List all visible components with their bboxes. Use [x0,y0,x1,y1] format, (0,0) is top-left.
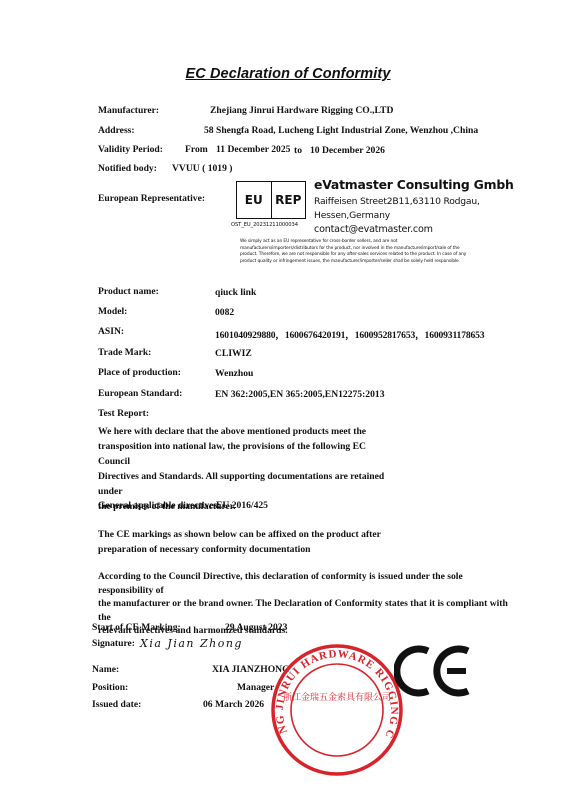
address-label: Address: [98,125,135,136]
place-of-production-label: Place of production: [98,367,181,378]
eu-rep-code: OST_EU_20231211000034 [231,222,298,228]
general-directives-label: General applicable directives: [98,500,220,511]
start-ce-label: Start of CE Marking: [92,622,181,633]
rep-badge-text: REP [271,182,306,218]
issued-date-label: Issued date: [92,699,141,710]
declaration-line-1: We here with declare that the above ment… [98,424,398,439]
handwritten-signature: Xia Jian Zhong [140,637,243,650]
eu-rep-label: European Representative: [98,193,205,204]
european-standard-value: EN 362:2005,EN 365:2005,EN12275:2013 [215,389,385,400]
eu-rep-badge: EU REP [236,181,306,219]
eu-rep-disclaimer: We simply act as an EU representative fo… [240,239,472,265]
notified-body-value: VVUU ( 1019 ) [172,163,233,174]
validity-to-date: 10 December 2026 [310,145,385,156]
validity-label: Validity Period: [98,144,163,155]
test-report-label: Test Report: [98,408,149,419]
ce-paragraph: The CE markings as shown below can be af… [98,527,398,557]
ce-mark-icon [394,645,474,702]
eu-rep-email: contact@evatmaster.com [314,224,433,235]
eu-badge-text: EU [237,182,271,218]
eu-rep-address-line1: Raiffeisen Street2B11,63110 Rodgau, [314,196,480,207]
ce-paragraph-line-1: The CE markings as shown below can be af… [98,527,398,542]
validity-to-label: to [294,145,302,156]
manufacturer-value: Zhejiang Jinrui Hardware Rigging CO.,LTD [210,105,393,116]
asin-value: 1601040929880，1600676420191，160095281765… [215,327,484,341]
ce-paragraph-line-2: preparation of necessary conformity docu… [98,542,398,557]
company-stamp: ZHEJIANG JINRUI HARDWARE RIGGING CO.,LTD… [267,640,407,785]
general-directives-value: EU 2016/425 [216,500,268,511]
validity-from-date: 11 December 2025 [216,144,290,155]
eu-rep-company: eVatmaster Consulting Gmbh [314,177,514,192]
validity-from-label: From [185,144,208,155]
address-value: 58 Shengfa Road, Lucheng Light Industria… [204,125,478,136]
position-label: Position: [92,682,128,693]
declaration-line-3: Directives and Standards. All supporting… [98,469,398,499]
name-label: Name: [92,664,119,675]
declaration-line-2: transposition into national law, the pro… [98,439,398,469]
product-name-label: Product name: [98,286,159,297]
eu-rep-address-line2: Hessen,Germany [314,210,390,221]
start-ce-value: 29 August 2023 [225,622,287,633]
product-name-value: qiuck link [215,287,256,298]
signature-label: Signature: [92,638,135,649]
model-label: Model: [98,306,127,317]
issued-date-value: 06 March 2026 [203,699,264,710]
european-standard-label: European Standard: [98,388,182,399]
place-of-production-value: Wenzhou [215,368,253,379]
trade-mark-value: CLIWIZ [215,348,252,359]
council-line-1: According to the Council Directive, this… [98,570,518,597]
stamp-inner-text: 浙江金瑞五金索具有限公司 [283,691,391,703]
asin-label: ASIN: [98,326,124,337]
document-title: EC Declaration of Conformity [0,66,576,82]
trade-mark-label: Trade Mark: [98,347,151,358]
council-line-2: the manufacturer or the brand owner. The… [98,597,518,624]
notified-body-label: Notified body: [98,163,157,174]
model-value: 0082 [215,307,234,318]
manufacturer-label: Manufacturer: [98,105,159,116]
